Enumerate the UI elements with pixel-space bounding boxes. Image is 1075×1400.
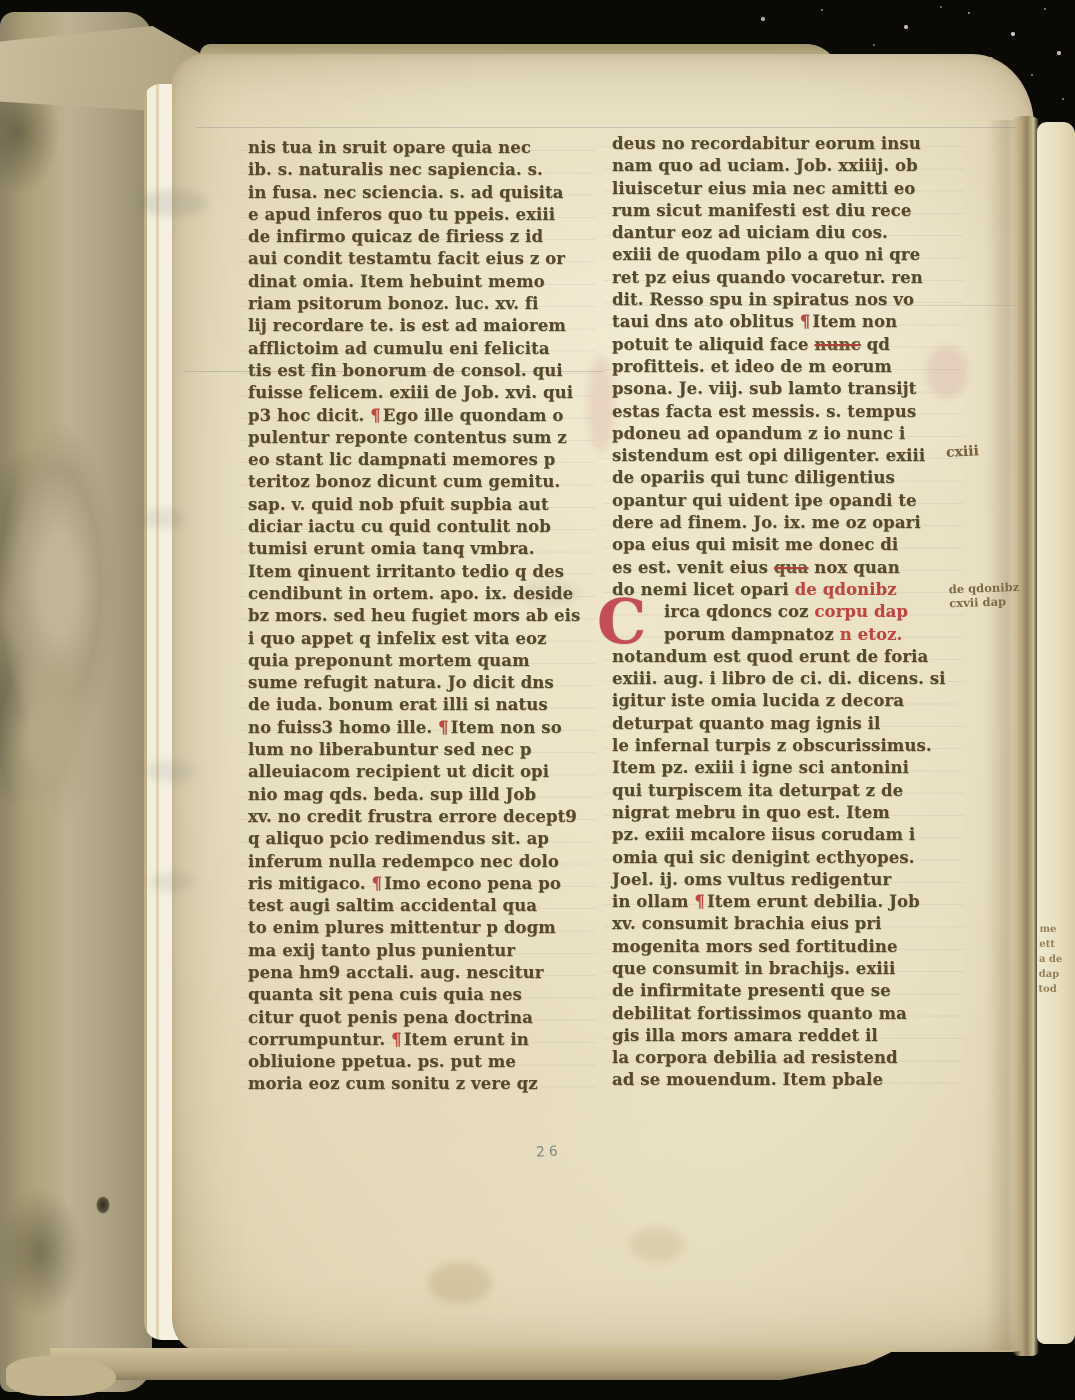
manuscript-line: profitteis. et ideo de m eorum [612,356,958,378]
margin-side-note-line: de qdonibz [949,580,1027,597]
line-segment: porum dampnatoz [664,625,840,644]
line-segment: estas facta est messis. s. tempus [612,402,916,421]
line-segment: ¶ [694,892,705,911]
manuscript-line: ris mitigaco. ¶Imo econo pena po [248,873,590,895]
line-segment: opantur qui uident ipe opandi te [612,491,917,510]
line-segment: ma exij tanto plus punientur [248,941,515,960]
line-segment: exiii de quodam pilo a quo ni qre [612,245,920,264]
manuscript-line: taui dns ato oblitus ¶Item non [612,311,958,333]
line-segment: de infirmitate presenti que se [612,981,891,1000]
fore-edge-fragment: tod [1038,982,1072,998]
line-segment: nox quan [808,558,899,577]
line-segment: Item non [812,312,897,331]
manuscript-line: nio mag qds. beda. sup illd Job [248,784,590,806]
line-segment: citur quot penis pena doctrina [248,1008,533,1027]
manuscript-line: moria eoz cum sonitu z vere qz [248,1073,590,1095]
line-segment: notandum est quod erunt de foria [612,647,928,666]
manuscript-line: corrumpuntur. ¶Item erunt in [248,1029,590,1051]
manuscript-line: sistendum est opi diligenter. exiii [612,445,958,467]
line-segment: sap. v. quid nob pfuit supbia aut [248,495,549,514]
offset-smudge [142,508,186,528]
manuscript-line: q aliquo pcio redimendus sit. ap [248,828,590,850]
line-segment: ¶ [370,406,381,425]
line-segment: e apud inferos quo tu ppeis. exiii [248,205,555,224]
manuscript-line: fuisse felicem. exiii de Job. xvi. qui [248,382,590,404]
manuscript-line: afflictoim ad cumulu eni felicita [248,338,590,360]
manuscript-line: la corpora debilia ad resistend [612,1047,958,1069]
line-segment: riam psitorum bonoz. luc. xv. fi [248,294,539,313]
line-segment: p3 hoc dicit. [248,406,370,425]
line-segment: es est. venit eius [612,558,774,577]
manuscript-line: teritoz bonoz dicunt cum gemitu. [248,471,590,493]
manuscript-line: e apud inferos quo tu ppeis. exiii [248,204,590,226]
line-segment: la corpora debilia ad resistend [612,1048,898,1067]
line-segment: obliuione ppetua. ps. put me [248,1052,516,1071]
line-segment: quanta sit pena cuis quia nes [248,985,522,1004]
line-segment: mogenita mors sed fortitudine [612,937,898,956]
line-segment: ret pz eius quando vocaretur. ren [612,268,923,287]
manuscript-line: Item pz. exiii i igne sci antonini [612,757,958,779]
line-segment: ¶ [800,312,811,331]
line-segment: de qdonibz [795,580,897,599]
line-segment: corpu dap [814,602,908,621]
line-segment: profitteis. et ideo de m eorum [612,357,892,376]
manuscript-line: omia qui sic denigint ecthyopes. [612,847,958,869]
line-segment: test augi saltim accidental qua [248,896,537,915]
manuscript-line: cendibunt in ortem. apo. ix. deside [248,583,590,605]
manuscript-line: do nemi licet opari de qdonibz [612,579,958,601]
manuscript-line: obliuione ppetua. ps. put me [248,1051,590,1073]
manuscript-line: estas facta est messis. s. tempus [612,401,958,423]
manuscript-line: tumisi erunt omia tanq vmbra. [248,538,590,560]
line-segment: Ego ille quondam o [383,406,564,425]
line-segment: sistendum est opi diligenter. exiii [612,446,925,465]
manuscript-line: aui condit testamtu facit eius z or [248,248,590,270]
line-segment: fuisse felicem. exiii de Job. xvi. qui [248,383,573,402]
manuscript-line: dantur eoz ad uiciam diu cos. [612,222,958,244]
line-segment: pulentur reponte contentus sum z [248,428,567,447]
line-segment: le infernal turpis z obscurissimus. [612,736,932,755]
manuscript-line: in fusa. nec sciencia. s. ad quisita [248,182,590,204]
manuscript-line: bz mors. sed heu fugiet mors ab eis [248,605,590,627]
line-segment: dit. Resso spu in spiratus nos vo [612,290,914,309]
line-segment: de infirmo quicaz de firiess z id [248,227,543,246]
line-segment: de iuda. bonum erat illi si natus [248,695,548,714]
line-segment: corrumpuntur. [248,1030,391,1049]
rubricated-initial: C [597,595,646,649]
line-segment: de opariis qui tunc diligentius [612,468,895,487]
line-segment: ¶ [438,718,449,737]
manuscript-line: deturpat quanto mag ignis il [612,713,958,735]
pigment-offset-stain [588,356,614,452]
manuscript-line: lij recordare te. is est ad maiorem [248,315,590,337]
manuscript-line: dit. Resso spu in spiratus nos vo [612,289,958,311]
line-segment: ¶ [372,874,383,893]
manuscript-line: pena hm9 acctali. aug. nescitur [248,962,590,984]
line-segment: pena hm9 acctali. aug. nescitur [248,963,544,982]
line-segment: ib. s. naturalis nec sapiencia. s. [248,160,543,179]
line-segment: afflictoim ad cumulu eni felicita [248,339,550,358]
fore-edge-bleed-text: me ett a de dap tod [1038,922,1073,998]
line-segment: nio mag qds. beda. sup illd Job [248,785,536,804]
line-segment: nigrat mebru in quo est. Item [612,803,890,822]
line-segment: q aliquo pcio redimendus sit. ap [248,829,549,848]
manuscript-line: de iuda. bonum erat illi si natus [248,694,590,716]
manuscript-line: alleuiacom recipient ut dicit opi [248,761,590,783]
manuscript-line: psona. Je. viij. sub lamto transijt [612,378,958,400]
line-segment: pz. exiii mcalore iisus corudam i [612,825,915,844]
manuscript-line: debilitat fortissimos quanto ma [612,1003,958,1025]
manuscript-line: exiii de quodam pilo a quo ni qre [612,244,958,266]
manuscript-line: nam quo ad uciam. Job. xxiiij. ob [612,155,958,177]
line-segment: lum no liberabuntur sed nec p [248,740,532,759]
line-segment: Imo econo pena po [384,874,561,893]
binding-hole [96,1196,110,1214]
line-segment: que consumit in brachijs. exiii [612,959,895,978]
page-fold-crease [1012,116,1039,1356]
column-right: deus no recordabitur eorum insunam quo a… [612,133,958,1092]
line-segment: irca qdoncs coz [664,602,814,621]
manuscript-line: rum sicut manifesti est diu rece [612,200,958,222]
line-segment: Item pz. exiii i igne sci antonini [612,758,909,777]
margin-side-note-line: cxvii dap [949,594,1027,611]
line-segment: Item non so [451,718,562,737]
offset-smudge [138,190,208,216]
vellum-stain [428,1262,492,1304]
line-segment: xv. no credit frustra errore decept9 [248,807,577,826]
manuscript-line: lum no liberabuntur sed nec p [248,739,590,761]
line-segment: alleuiacom recipient ut dicit opi [248,762,549,781]
line-segment: qua [774,558,809,577]
line-segment: igitur iste omia lucida z decora [612,691,904,710]
line-segment: liuiscetur eius mia nec amitti eo [612,179,915,198]
manuscript-line: in ollam ¶Item erunt debilia. Job [612,891,958,913]
manuscript-line: pdoneu ad opandum z io nunc i [612,423,958,445]
line-segment: pdoneu ad opandum z io nunc i [612,424,905,443]
line-segment: quia preponunt mortem quam [248,651,530,670]
fore-edge-fragment: dap [1039,967,1073,983]
manuscript-line: diciar iactu cu quid contulit nob [248,516,590,538]
line-segment: qd [861,335,890,354]
line-segment: rum sicut manifesti est diu rece [612,201,911,220]
manuscript-line: opantur qui uident ipe opandi te [612,490,958,512]
manuscript-line: ad se mouendum. Item pbale [612,1069,958,1091]
manuscript-line: dere ad finem. Jo. ix. me oz opari [612,512,958,534]
margin-chapter-mark: cxiii [946,443,980,461]
line-segment: moria eoz cum sonitu z vere qz [248,1074,538,1093]
line-segment: lij recordare te. is est ad maiorem [248,316,566,335]
manuscript-line: potuit te aliquid face nunc qd [612,334,958,356]
manuscript-line: citur quot penis pena doctrina [248,1007,590,1029]
column-left: nis tua in sruit opare quia necib. s. na… [248,137,590,1096]
manuscript-line: no fuiss3 homo ille. ¶Item non so [248,717,590,739]
line-segment: ¶ [391,1030,402,1049]
manuscript-line: quia preponunt mortem quam [248,650,590,672]
line-segment: no fuiss3 homo ille. [248,718,438,737]
line-segment: deturpat quanto mag ignis il [612,714,880,733]
manuscript-line: es est. venit eius qua nox quan [612,557,958,579]
line-segment: in fusa. nec sciencia. s. ad quisita [248,183,563,202]
line-segment: nunc [814,335,860,354]
next-folio-edge [1037,122,1075,1344]
manuscript-line: dinat omia. Item hebuint memo [248,271,590,293]
manuscript-line: de infirmitate presenti que se [612,980,958,1002]
manuscript-line: sap. v. quid nob pfuit supbia aut [248,494,590,516]
line-segment: nam quo ad uciam. Job. xxiiij. ob [612,156,918,175]
fore-edge-fragment: a de [1039,952,1073,968]
line-segment: Item erunt in [404,1030,529,1049]
manuscript-line: nis tua in sruit opare quia nec [248,137,590,159]
manuscript-line: gis illa mors amara reddet il [612,1025,958,1047]
manuscript-line: porum dampnatoz n etoz. [612,624,958,646]
offset-smudge [150,872,194,892]
line-segment: tumisi erunt omia tanq vmbra. [248,539,535,558]
line-segment: n etoz. [840,625,903,644]
manuscript-line: exiii. aug. i libro de ci. di. dicens. s… [612,668,958,690]
manuscript-line: Item qinuent irritanto tedio q des [248,561,590,583]
manuscript-line: ma exij tanto plus punientur [248,940,590,962]
line-segment: xv. consumit brachia eius pri [612,914,882,933]
line-segment: dantur eoz ad uiciam diu cos. [612,223,888,242]
manuscript-line: liuiscetur eius mia nec amitti eo [612,178,958,200]
line-segment: in ollam [612,892,694,911]
line-segment: dinat omia. Item hebuint memo [248,272,545,291]
line-segment: exiii. aug. i libro de ci. di. dicens. s… [612,669,946,688]
line-segment: aui condit testamtu facit eius z or [248,249,565,268]
line-segment: omia qui sic denigint ecthyopes. [612,848,915,867]
manuscript-line: sume refugit natura. Jo dicit dns [248,672,590,694]
line-segment: opa eius qui misit me donec di [612,535,898,554]
line-segment: Item erunt debilia. Job [707,892,920,911]
line-segment: i quo appet q infelix est vita eoz [248,629,547,648]
line-segment: Joel. ij. oms vultus redigentur [612,870,891,889]
fore-edge-fragment: me ett [1039,922,1074,953]
pencil-folio-number: 26 [536,1143,563,1160]
manuscript-line: mogenita mors sed fortitudine [612,936,958,958]
line-segment: teritoz bonoz dicunt cum gemitu. [248,472,560,491]
dust-specks [0,0,2,2]
manuscript-line: quanta sit pena cuis quia nes [248,984,590,1006]
manuscript-line: que consumit in brachijs. exiii [612,958,958,980]
manuscript-line: tis est fin bonorum de consol. qui [248,360,590,382]
binding-tail [6,1356,116,1396]
margin-side-note: de qdonibz cxvii dap [949,580,1028,611]
line-segment: cendibunt in ortem. apo. ix. deside [248,584,573,603]
manuscript-line: riam psitorum bonoz. luc. xv. fi [248,293,590,315]
manuscript-line: igitur iste omia lucida z decora [612,690,958,712]
line-segment: nis tua in sruit opare quia nec [248,138,531,157]
manuscript-line: deus no recordabitur eorum insu [612,133,958,155]
line-segment: debilitat fortissimos quanto ma [612,1004,907,1023]
manuscript-line: ib. s. naturalis nec sapiencia. s. [248,159,590,181]
line-segment: tis est fin bonorum de consol. qui [248,361,563,380]
manuscript-line: pz. exiii mcalore iisus corudam i [612,824,958,846]
line-segment: psona. Je. viij. sub lamto transijt [612,379,916,398]
line-segment: ad se mouendum. Item pbale [612,1070,883,1089]
vellum-stain [630,1228,684,1262]
line-segment: gis illa mors amara reddet il [612,1026,878,1045]
manuscript-line: xv. consumit brachia eius pri [612,913,958,935]
line-segment: taui dns ato oblitus [612,312,800,331]
line-segment: to enim plures mittentur p dogm [248,918,556,937]
manuscript-scan: nis tua in sruit opare quia necib. s. na… [0,0,1075,1400]
line-segment: qui turpiscem ita deturpat z de [612,781,903,800]
line-segment: potuit te aliquid face [612,335,814,354]
manuscript-line: to enim plures mittentur p dogm [248,917,590,939]
line-segment: eo stant lic dampnati memores p [248,450,555,469]
line-segment: bz mors. sed heu fugiet mors ab eis [248,606,580,625]
manuscript-line: opa eius qui misit me donec di [612,534,958,556]
manuscript-line: qui turpiscem ita deturpat z de [612,780,958,802]
line-segment: ris mitigaco. [248,874,372,893]
manuscript-line: eo stant lic dampnati memores p [248,449,590,471]
manuscript-line: pulentur reponte contentus sum z [248,427,590,449]
line-segment: inferum nulla redempco nec dolo [248,852,559,871]
manuscript-line: de opariis qui tunc diligentius [612,467,958,489]
manuscript-line: irca qdoncs coz corpu dap [612,601,958,623]
manuscript-line: p3 hoc dicit. ¶Ego ille quondam o [248,405,590,427]
manuscript-line: le infernal turpis z obscurissimus. [612,735,958,757]
manuscript-line: notandum est quod erunt de foria [612,646,958,668]
line-segment: diciar iactu cu quid contulit nob [248,517,551,536]
manuscript-line: de infirmo quicaz de firiess z id [248,226,590,248]
offset-smudge [146,760,194,782]
line-segment: sume refugit natura. Jo dicit dns [248,673,554,692]
manuscript-line: i quo appet q infelix est vita eoz [248,628,590,650]
manuscript-line: inferum nulla redempco nec dolo [248,851,590,873]
manuscript-line: xv. no credit frustra errore decept9 [248,806,590,828]
book-bottom-edge [50,1348,900,1380]
manuscript-line: Joel. ij. oms vultus redigentur [612,869,958,891]
line-segment: dere ad finem. Jo. ix. me oz opari [612,513,921,532]
manuscript-line: ret pz eius quando vocaretur. ren [612,267,958,289]
line-segment: deus no recordabitur eorum insu [612,134,921,153]
line-segment: Item qinuent irritanto tedio q des [248,562,564,581]
manuscript-line: test augi saltim accidental qua [248,895,590,917]
manuscript-line: nigrat mebru in quo est. Item [612,802,958,824]
ruling-line [196,127,1018,128]
